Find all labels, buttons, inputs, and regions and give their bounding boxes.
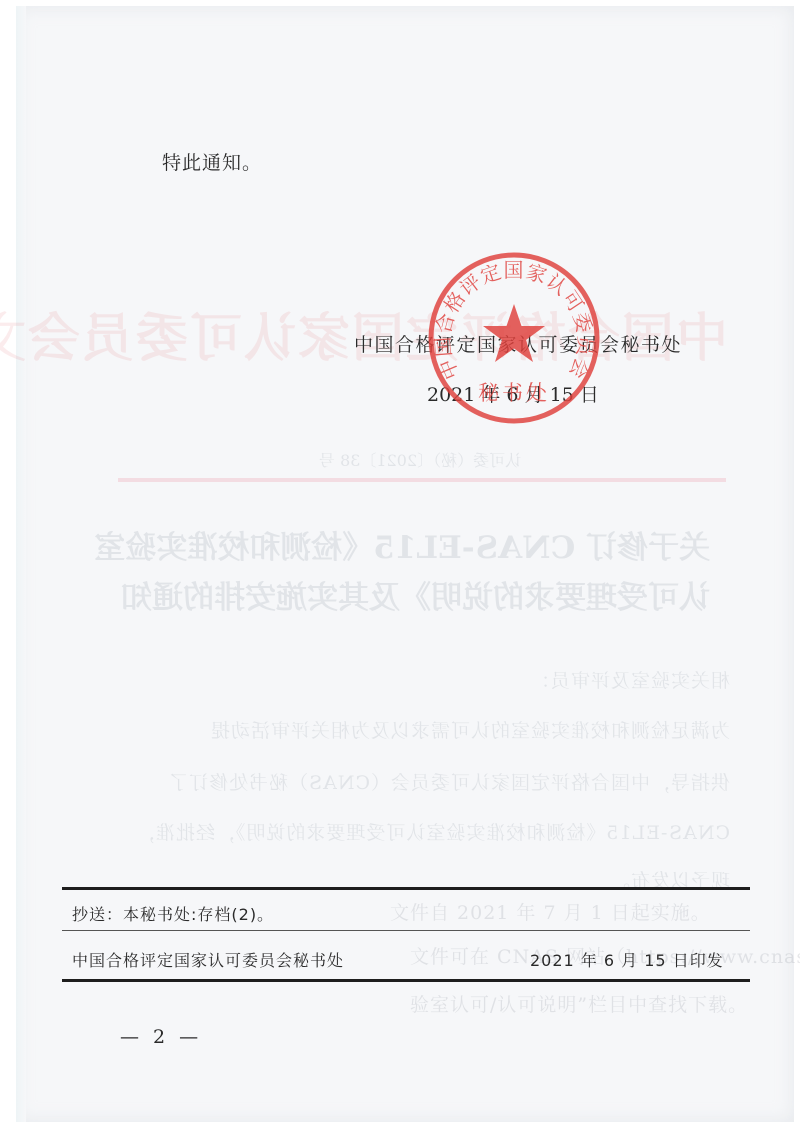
footer-rule-bottom	[62, 979, 750, 982]
bleed-through-red-rule	[118, 478, 726, 482]
issue-date: 2021 年 6 月 15 日印发	[530, 948, 724, 971]
issuer-line: 中国合格评定国家认可委员会秘书处	[72, 948, 344, 971]
page-number: — 2 —	[120, 1026, 202, 1048]
footer-rule-middle	[62, 930, 750, 931]
signature-date: 2021 年 6 月 15 日	[427, 380, 599, 407]
paper-edge	[16, 6, 26, 1122]
footer-rule-top	[62, 887, 750, 890]
closing-statement: 特此通知。	[162, 148, 262, 175]
cc-line: 抄送：本秘书处:存档(2)。	[72, 902, 274, 925]
signature-organization: 中国合格评定国家认可委员会秘书处	[354, 330, 682, 357]
